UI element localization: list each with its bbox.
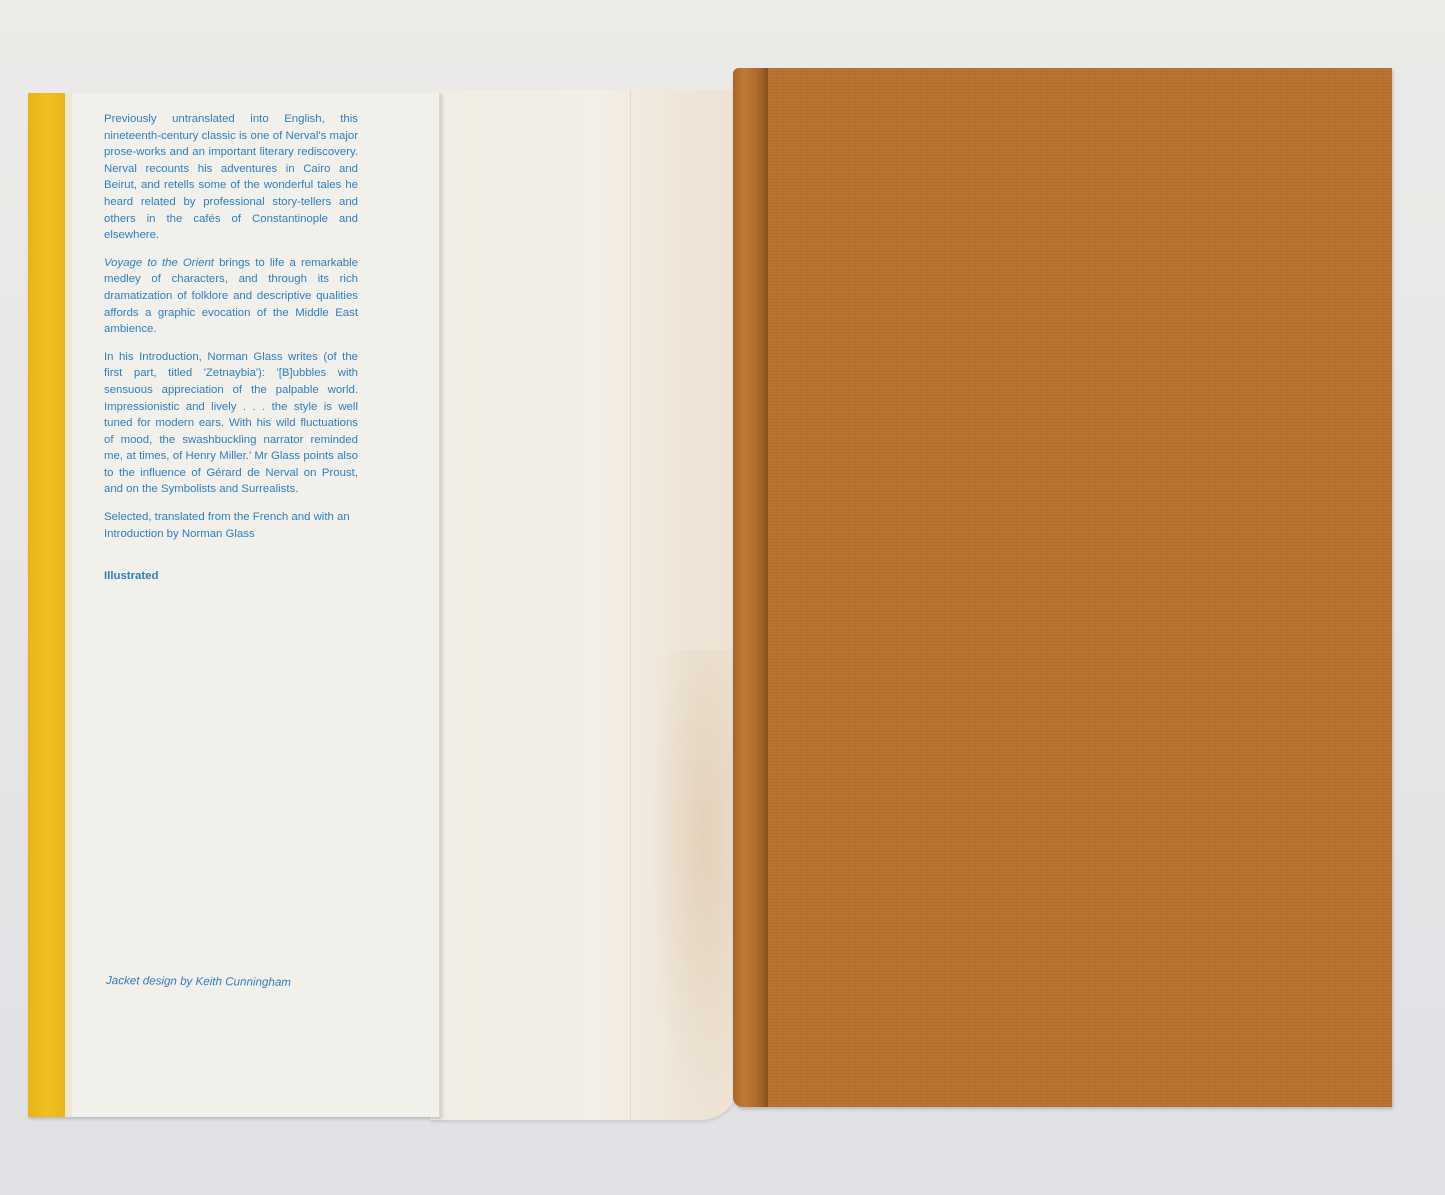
book-spine-hinge	[733, 68, 765, 1107]
water-stain	[650, 650, 740, 1120]
hardcover-book	[733, 68, 1392, 1107]
jacket-fold-line	[630, 90, 631, 1120]
flap-edge	[439, 93, 441, 1117]
inner-jacket-paper	[430, 90, 740, 1120]
blurb-paragraph-3: In his Introduction, Norman Glass writes…	[104, 349, 358, 498]
cream-strip	[65, 93, 72, 1117]
illustrated-label: Illustrated	[104, 568, 358, 585]
table-surface: Previously untranslated into English, th…	[0, 0, 1445, 1195]
jacket-design-credit: Jacket design by Keith Cunningham	[106, 974, 291, 989]
book-spine-groove	[765, 68, 768, 1107]
flap-blurb: Previously untranslated into English, th…	[104, 111, 358, 596]
jacket-flap: Previously untranslated into English, th…	[28, 93, 441, 1117]
blurb-paragraph-1: Previously untranslated into English, th…	[104, 111, 358, 244]
yellow-spine-band	[28, 93, 65, 1117]
translator-credit: Selected, translated from the French and…	[104, 509, 358, 542]
blurb-paragraph-2: Voyage to the Orient brings to life a re…	[104, 255, 358, 338]
book-title: Voyage to the Orient	[104, 257, 214, 269]
